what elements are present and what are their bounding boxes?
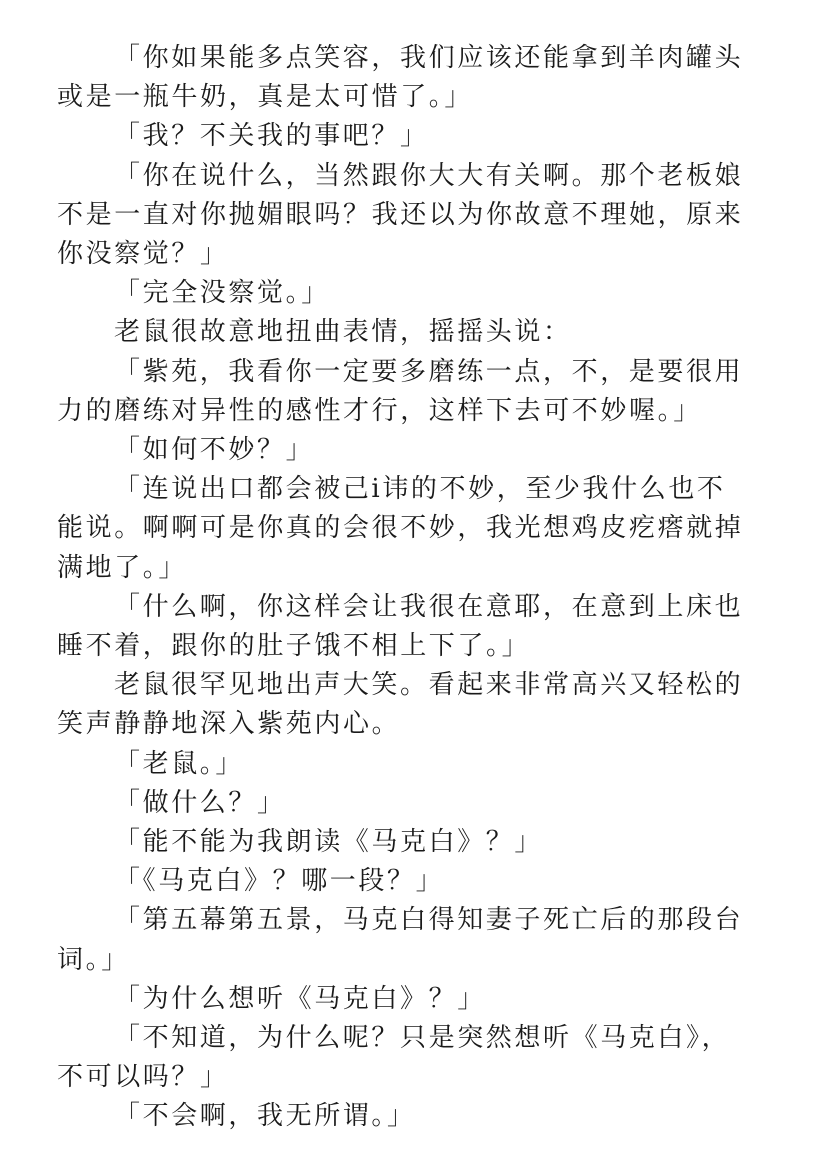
paragraph-14: 「《马克白》？哪一段？」	[57, 862, 749, 901]
paragraph-12: 「做什么？」	[57, 784, 749, 823]
paragraph-18: 「不会啊，我无所谓。」	[57, 1097, 749, 1136]
paragraph-6: 「紫苑，我看你一定要多磨练一点，不，是要很用力的磨练对异性的感性才行，这样下去可…	[57, 353, 749, 431]
paragraph-2: 「我？不关我的事吧？」	[57, 117, 749, 156]
paragraph-9: 「什么啊，你这样会让我很在意耶，在意到上床也睡不着，跟你的肚子饿不相上下了。」	[57, 588, 749, 666]
paragraph-10: 老鼠很罕见地出声大笑。看起来非常高兴又轻松的笑声静静地深入紫苑内心。	[57, 666, 749, 744]
paragraph-17: 「不知道，为什么呢？只是突然想听《马克白》，不可以吗？」	[57, 1019, 749, 1097]
paragraph-11: 「老鼠。」	[57, 745, 749, 784]
paragraph-7: 「如何不妙？」	[57, 431, 749, 470]
paragraph-13: 「能不能为我朗读《马克白》？」	[57, 823, 749, 862]
paragraph-16: 「为什么想听《马克白》？」	[57, 980, 749, 1019]
paragraph-1: 「你如果能多点笑容，我们应该还能拿到羊肉罐头或是一瓶牛奶，真是太可惜了。」	[57, 39, 749, 117]
paragraph-4: 「完全没察觉。」	[57, 274, 749, 313]
document-page: 「你如果能多点笑容，我们应该还能拿到羊肉罐头或是一瓶牛奶，真是太可惜了。」 「我…	[57, 39, 749, 1137]
paragraph-15: 「第五幕第五景，马克白得知妻子死亡后的那段台词。」	[57, 901, 749, 979]
paragraph-5: 老鼠很故意地扭曲表情，摇摇头说：	[57, 313, 749, 352]
paragraph-3: 「你在说什么，当然跟你大大有关啊。那个老板娘不是一直对你抛媚眼吗？我还以为你故意…	[57, 157, 749, 275]
paragraph-8: 「连说出口都会被己i讳的不妙，至少我什么也不能说。啊啊可是你真的会很不妙，我光想…	[57, 470, 749, 588]
